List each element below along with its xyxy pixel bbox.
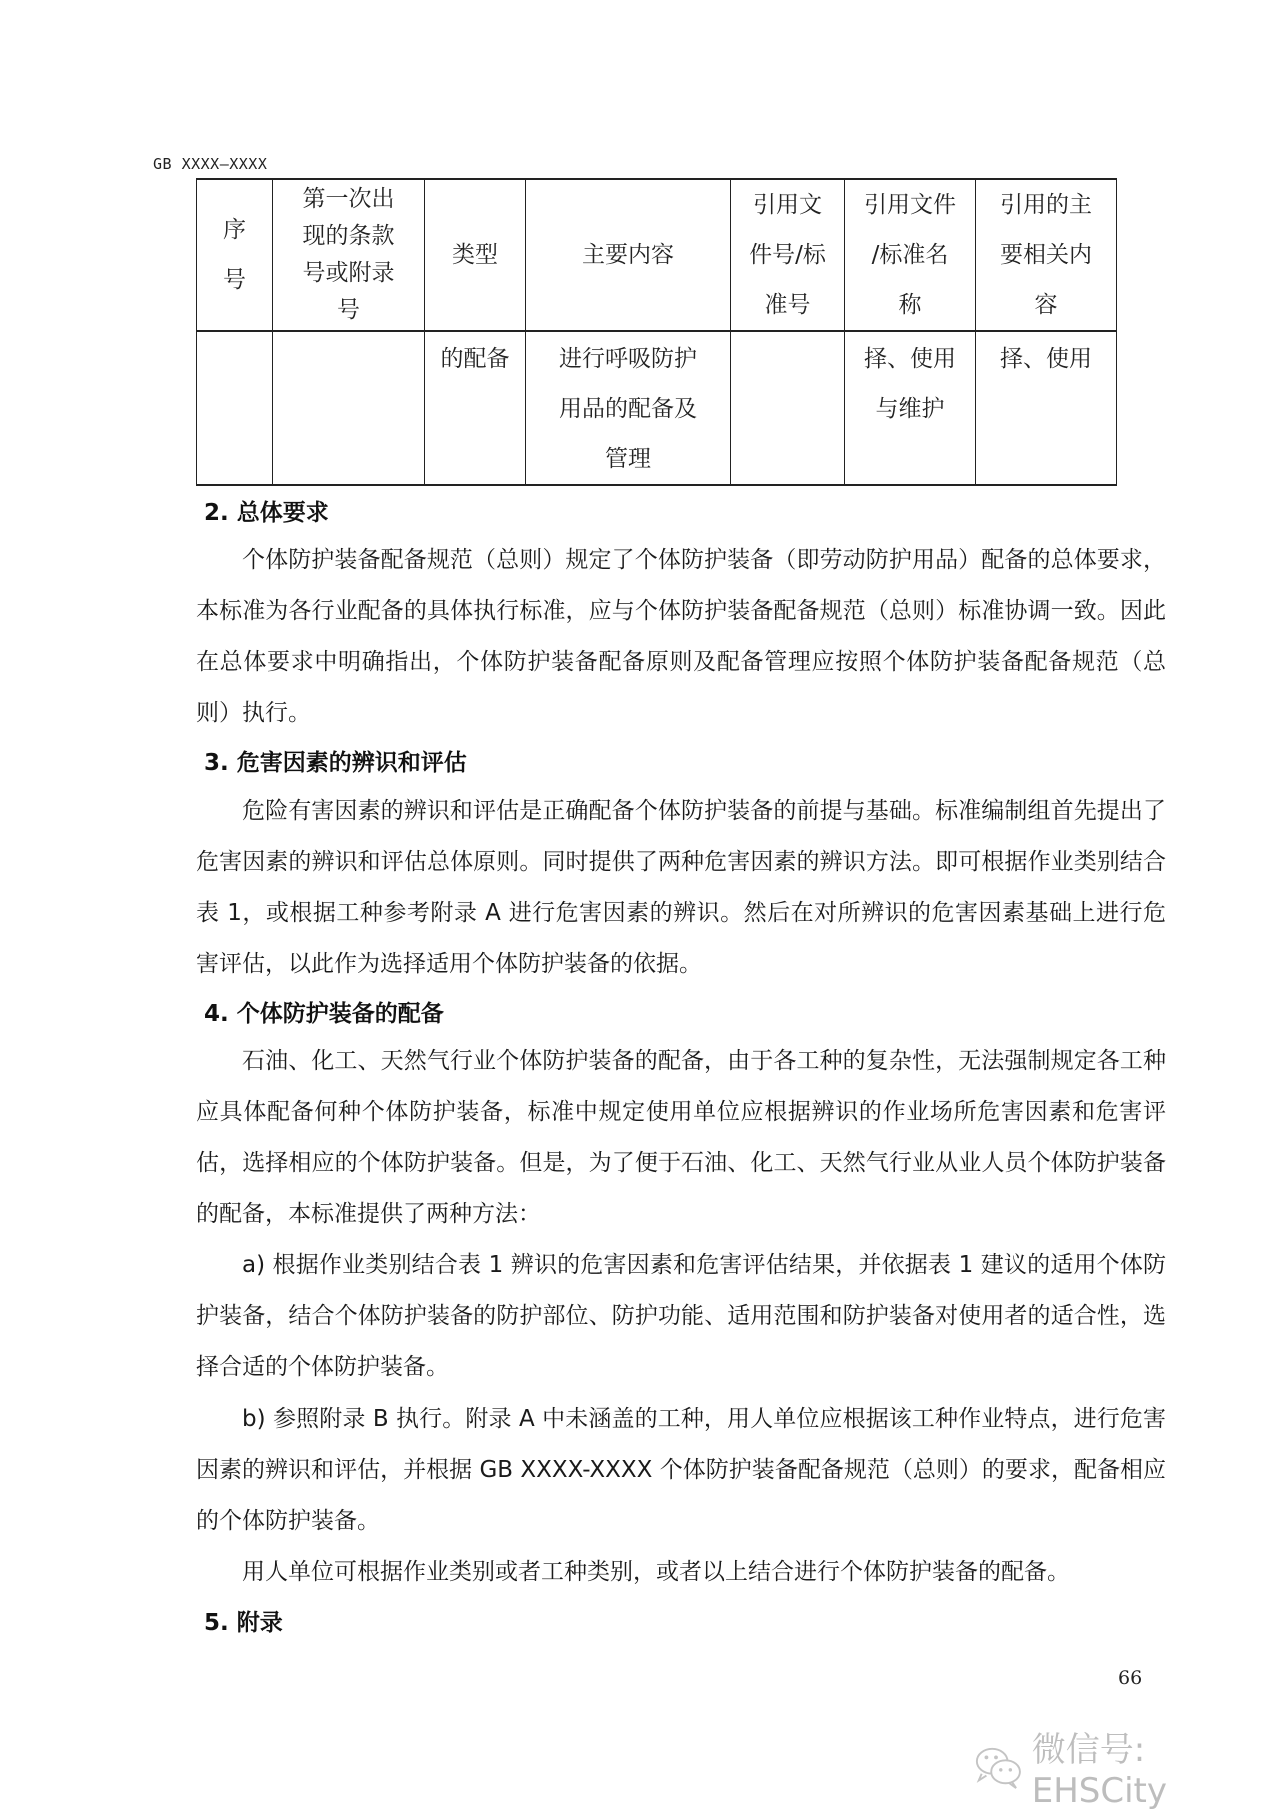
paragraph-method-b: b) 参照附录 B 执行。附录 A 中未涵盖的工种，用人单位应根据该工种作业特点… (196, 1394, 1166, 1547)
cell-ref-doc-number (731, 331, 845, 485)
header-ref-doc-number: 引用文 件号/标 准号 (731, 179, 845, 331)
table-row: 的配备 进行呼吸防护 用品的配备及 管理 择、使用 与维护 择、使用 (197, 331, 1117, 485)
paragraph-ppe-equipping: 石油、化工、天然气行业个体防护装备的配备，由于各工种的复杂性，无法强制规定各工种… (196, 1036, 1166, 1240)
cell-first-clause (273, 331, 425, 485)
header-first-clause: 第一次出 现的条款 号或附录 号 (273, 179, 425, 331)
header-ref-doc-name: 引用文件 /标准名 称 (845, 179, 976, 331)
header-serial-number: 序 号 (197, 179, 273, 331)
header-main-content: 主要内容 (526, 179, 731, 331)
paragraph-hazard-identification: 危险有害因素的辨识和评估是正确配备个体防护装备的前提与基础。标准编制组首先提出了… (196, 786, 1166, 990)
section-heading-hazard-identification: 3. 危害因素的辨识和评估 (204, 744, 467, 777)
standard-code-header: GB XXXX—XXXX (153, 155, 267, 173)
paragraph-method-a: a) 根据作业类别结合表 1 辨识的危害因素和危害评估结果，并依据表 1 建议的… (196, 1240, 1166, 1393)
section-heading-appendix: 5. 附录 (204, 1604, 283, 1637)
reference-table: 序 号 第一次出 现的条款 号或附录 号 类型 主要内容 引用文 件号/标 (196, 178, 1117, 486)
cell-serial-number (197, 331, 273, 485)
paragraph-general-requirements: 个体防护装备配备规范（总则）规定了个体防护装备（即劳动防护用品）配备的总体要求，… (196, 535, 1166, 739)
cell-main-content: 进行呼吸防护 用品的配备及 管理 (526, 331, 731, 485)
section-heading-ppe-equipping: 4. 个体防护装备的配备 (204, 995, 444, 1028)
watermark-text: 微信号: EHSCity (1032, 1722, 1280, 1810)
header-ref-main-content: 引用的主 要相关内 容 (976, 179, 1117, 331)
section-heading-general-requirements: 2. 总体要求 (204, 494, 329, 527)
paragraph-employer-choice: 用人单位可根据作业类别或者工种类别，或者以上结合进行个体防护装备的配备。 (196, 1547, 1166, 1598)
header-type: 类型 (425, 179, 526, 331)
wechat-watermark: 微信号: EHSCity (974, 1722, 1280, 1810)
table-header-row: 序 号 第一次出 现的条款 号或附录 号 类型 主要内容 引用文 件号/标 (197, 179, 1117, 331)
page-number: 66 (1118, 1667, 1142, 1689)
cell-ref-doc-name: 择、使用 与维护 (845, 331, 976, 485)
cell-type: 的配备 (425, 331, 526, 485)
wechat-icon (974, 1744, 1024, 1790)
cell-ref-main-content: 择、使用 (976, 331, 1117, 485)
